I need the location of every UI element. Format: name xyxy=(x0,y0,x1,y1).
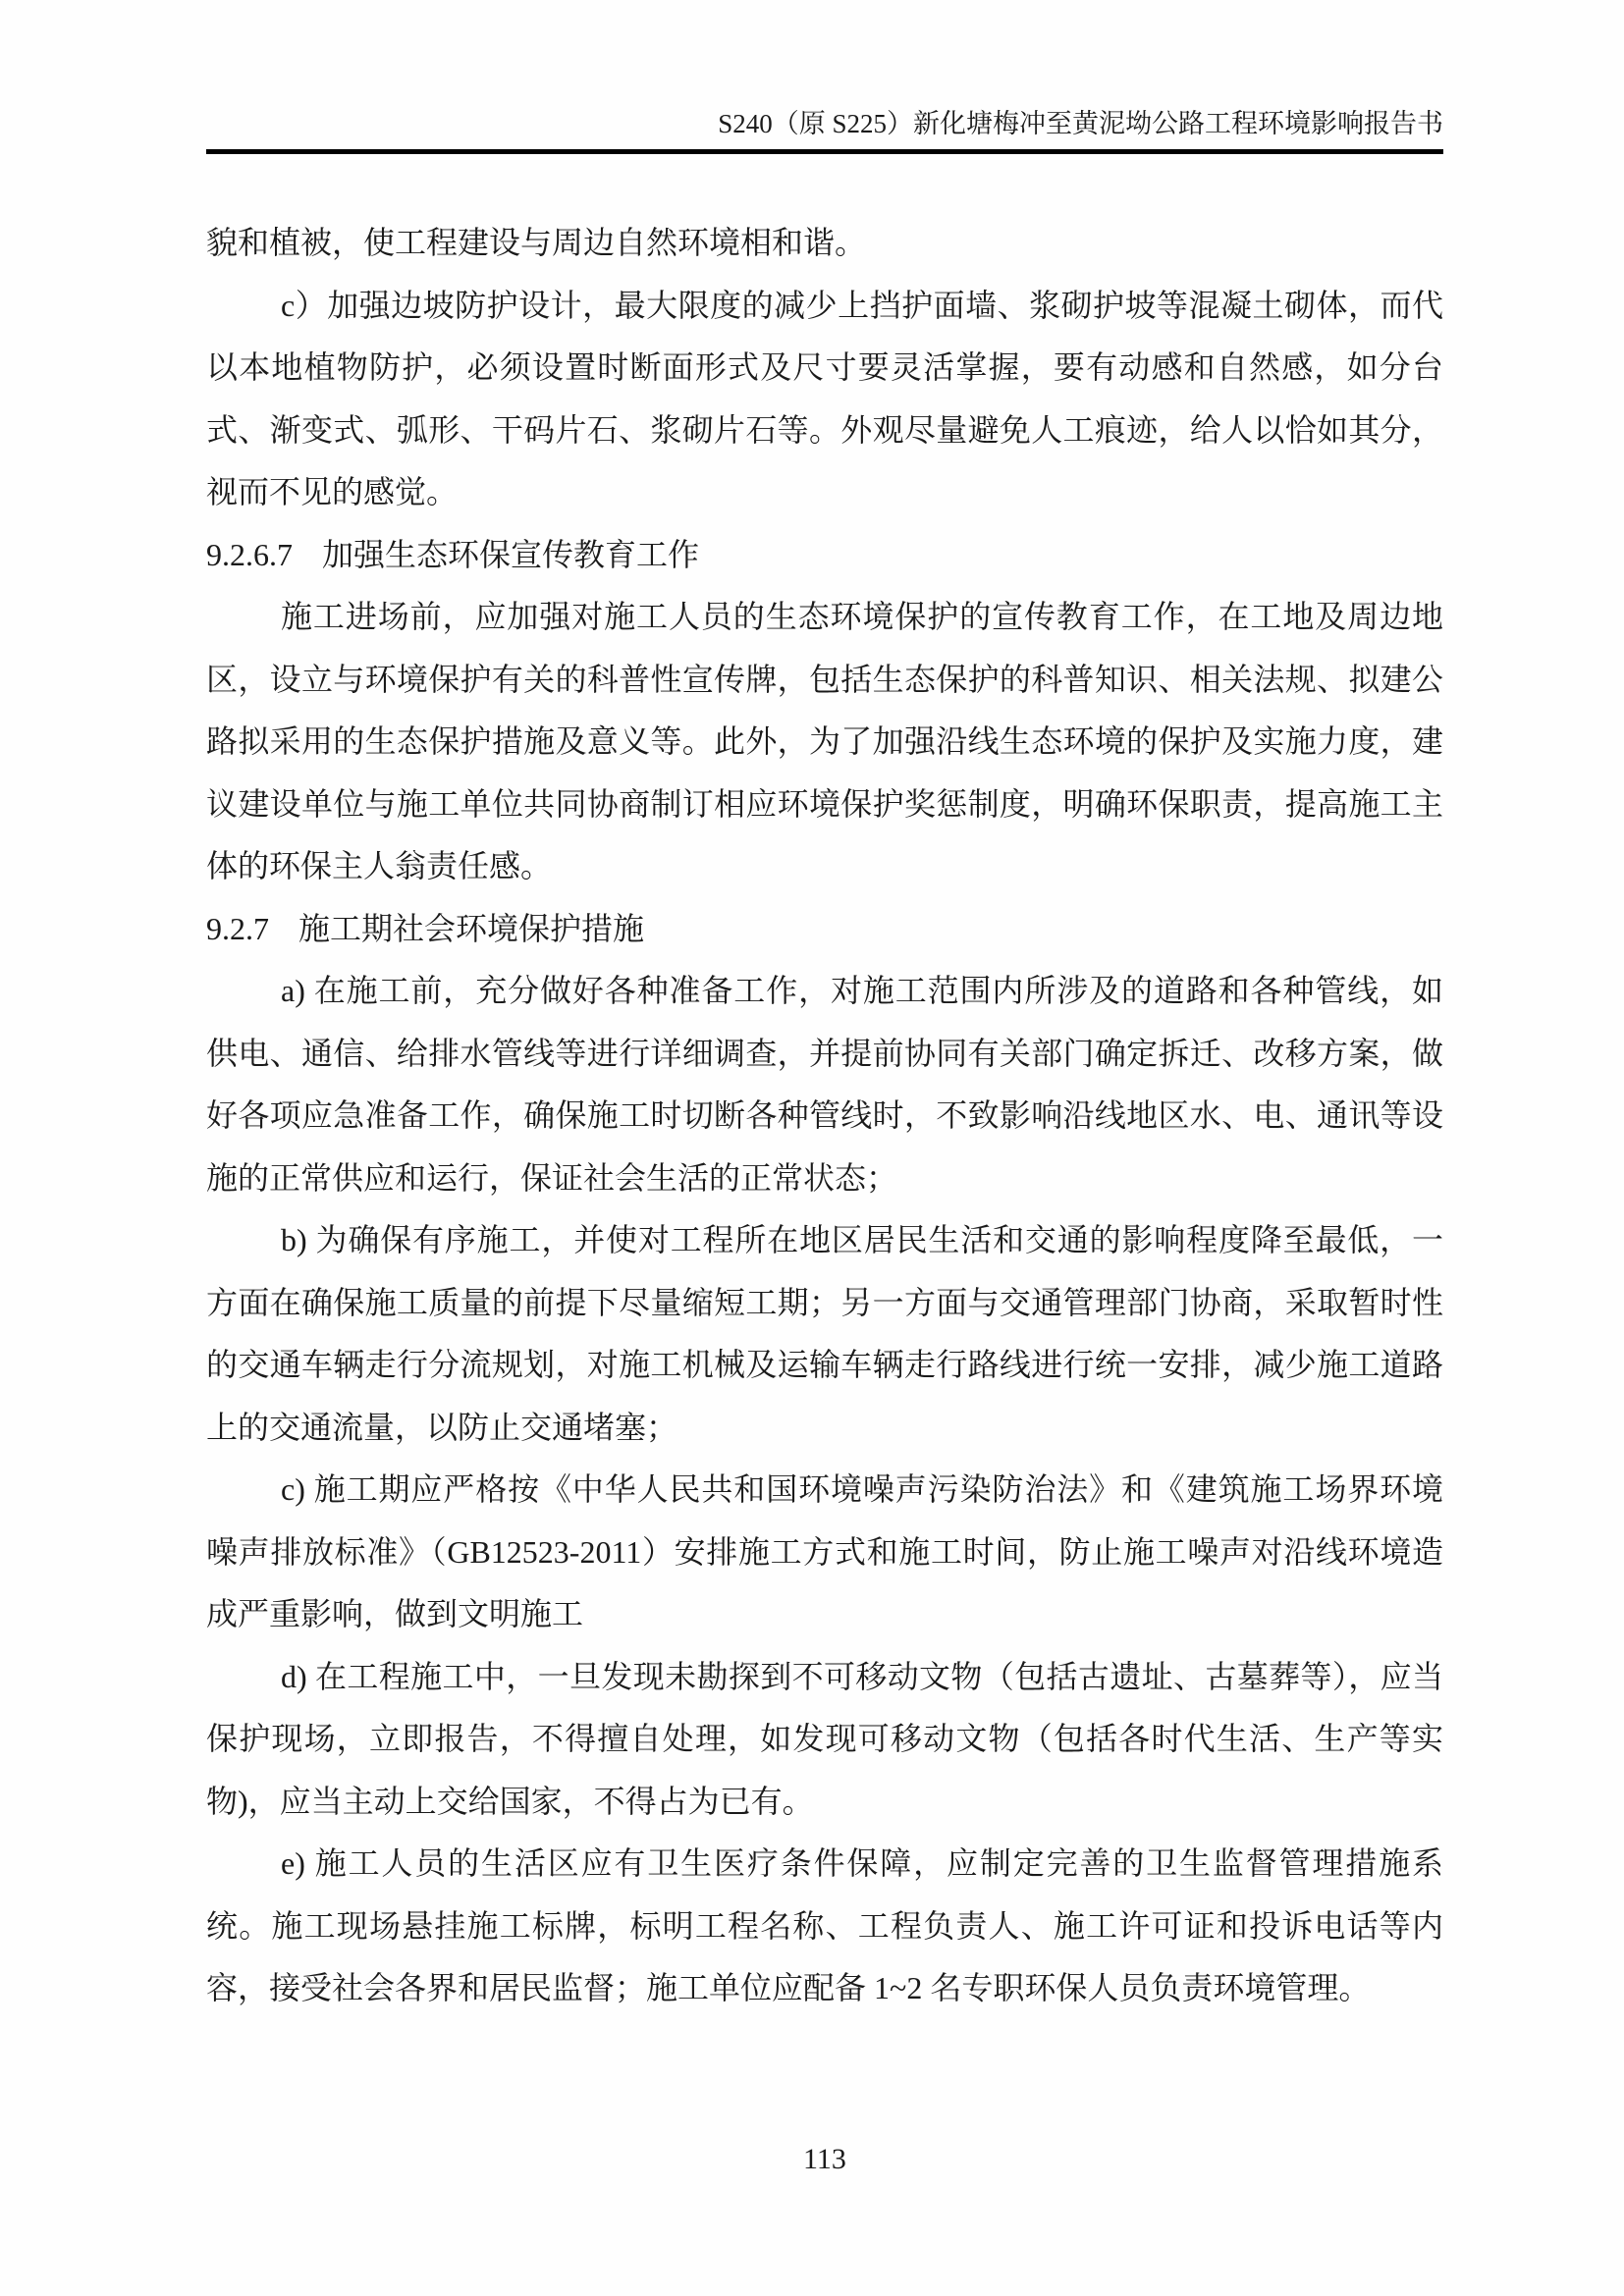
paragraph: c) 施工期应严格按《中华人民共和国环境噪声污染防治法》和《建筑施工场界环境噪声… xyxy=(206,1459,1443,1646)
running-header: S240（原 S225）新化塘梅冲至黄泥坳公路工程环境影响报告书 xyxy=(206,104,1443,143)
section-title: 加强生态环保宣传教育工作 xyxy=(322,537,699,572)
paragraph: c）加强边坡防护设计，最大限度的减少上挡护面墙、浆砌护坡等混凝土砌体，而代以本地… xyxy=(206,275,1443,524)
document-page: S240（原 S225）新化塘梅冲至黄泥坳公路工程环境影响报告书 貌和植被，使工… xyxy=(0,0,1624,2296)
section-title: 施工期社会环境保护措施 xyxy=(298,911,644,946)
paragraph: b) 为确保有序施工，并使对工程所在地区居民生活和交通的影响程度降至最低，一方面… xyxy=(206,1209,1443,1459)
paragraph: a) 在施工前，充分做好各种准备工作，对施工范围内所涉及的道路和各种管线，如供电… xyxy=(206,960,1443,1209)
header-rule xyxy=(206,149,1443,154)
section-heading: 9.2.6.7加强生态环保宣传教育工作 xyxy=(206,524,1443,587)
paragraph: 施工进场前，应加强对施工人员的生态环境保护的宣传教育工作，在工地及周边地区，设立… xyxy=(206,586,1443,898)
paragraph: e) 施工人员的生活区应有卫生医疗条件保障，应制定完善的卫生监督管理措施系统。施… xyxy=(206,1833,1443,2020)
page-number: 113 xyxy=(206,2140,1443,2179)
paragraph: d) 在工程施工中，一旦发现未勘探到不可移动文物（包括古遗址、古墓葬等），应当保… xyxy=(206,1646,1443,1834)
paragraph: 貌和植被，使工程建设与周边自然环境相和谐。 xyxy=(206,212,1443,275)
section-number: 9.2.6.7 xyxy=(206,524,293,587)
document-body: 貌和植被，使工程建设与周边自然环境相和谐。c）加强边坡防护设计，最大限度的减少上… xyxy=(206,212,1443,2020)
section-number: 9.2.7 xyxy=(206,898,269,961)
section-heading: 9.2.7施工期社会环境保护措施 xyxy=(206,898,1443,961)
